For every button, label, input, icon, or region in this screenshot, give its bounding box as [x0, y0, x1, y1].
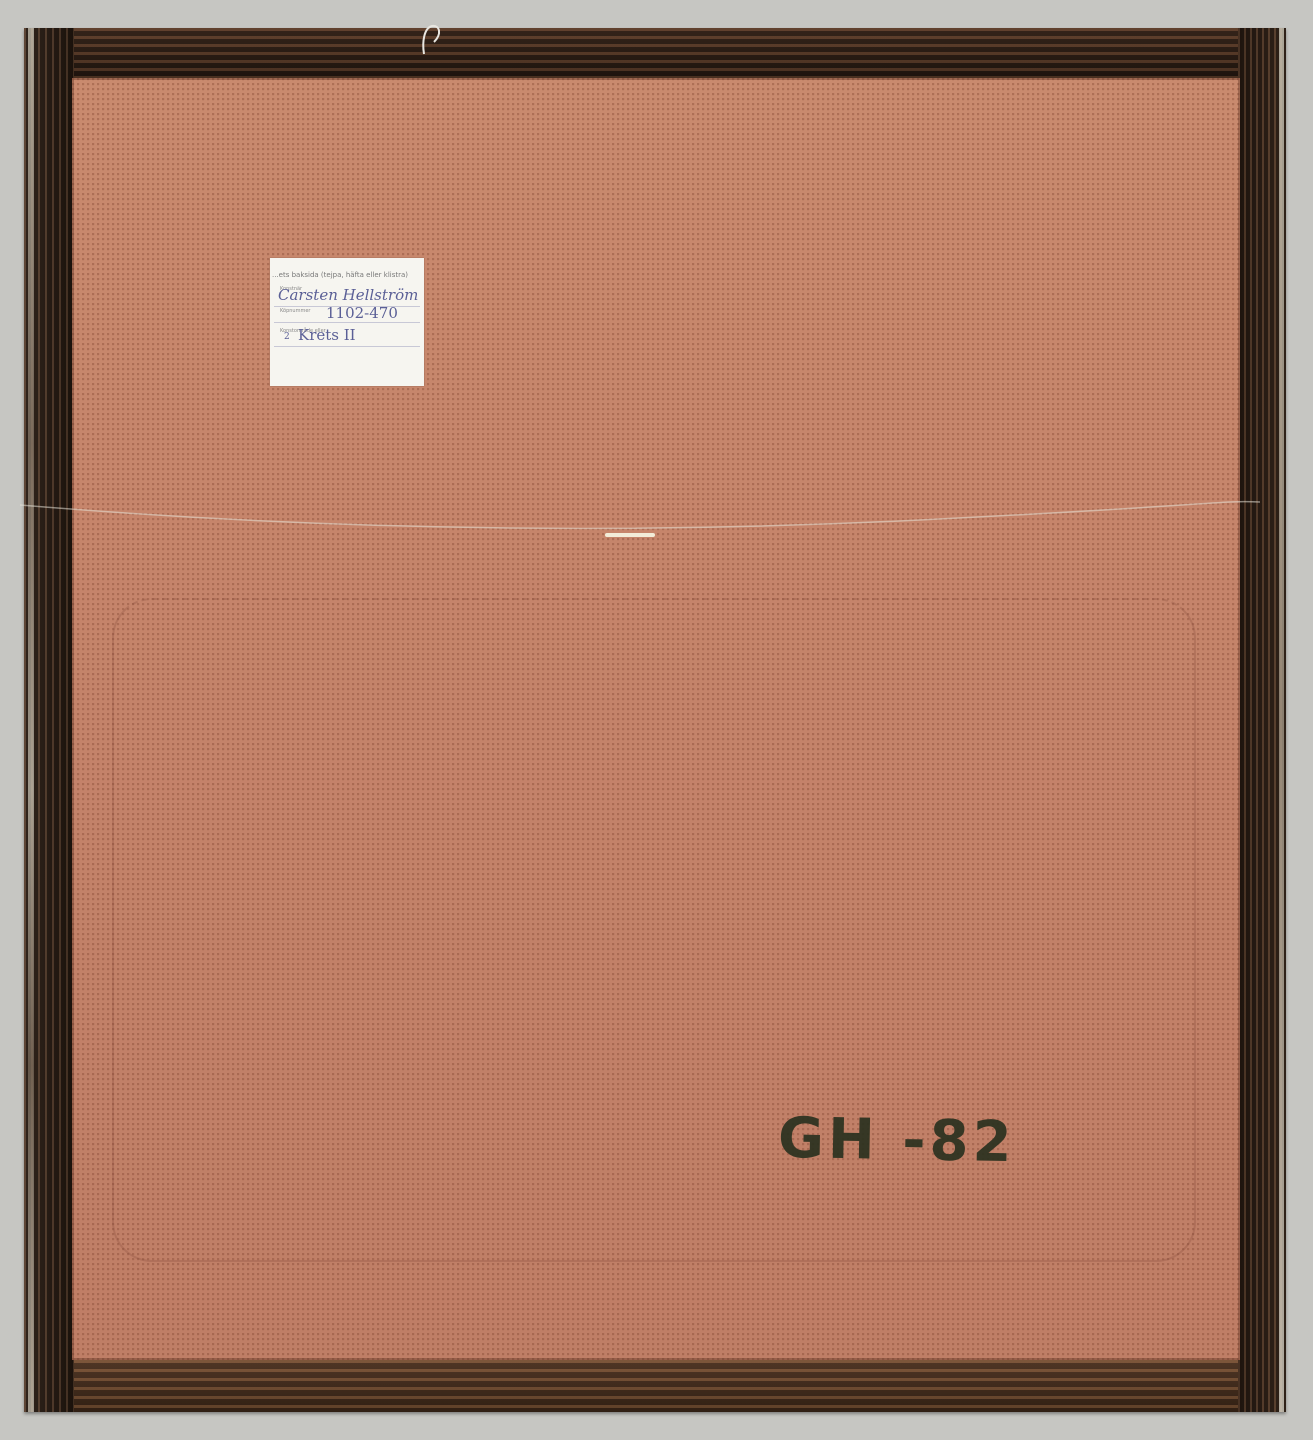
- paper-label: ...ets baksida (tejpa, häfta eller klist…: [270, 258, 424, 386]
- hanging-hook-icon: [420, 22, 444, 56]
- frame-top-rail: [24, 28, 1286, 80]
- frame-left-rail: [24, 28, 74, 1412]
- label-artist-name: Carsten Hellström: [278, 286, 418, 304]
- artist-signature: GH -82: [777, 1106, 1016, 1175]
- label-category-prefix: 2: [284, 332, 290, 342]
- label-category: Krets II: [298, 326, 356, 344]
- white-mark: [605, 533, 655, 537]
- frame-bottom-rail: [24, 1360, 1286, 1412]
- frame-right-rail: [1238, 28, 1286, 1412]
- backing-board: ...ets baksida (tejpa, häfta eller klist…: [72, 78, 1240, 1360]
- label-number: 1102-470: [326, 304, 398, 322]
- label-caption-number: Köpnummer: [280, 308, 310, 314]
- water-stain: [112, 598, 1196, 1262]
- label-header: ...ets baksida (tejpa, häfta eller klist…: [272, 271, 408, 279]
